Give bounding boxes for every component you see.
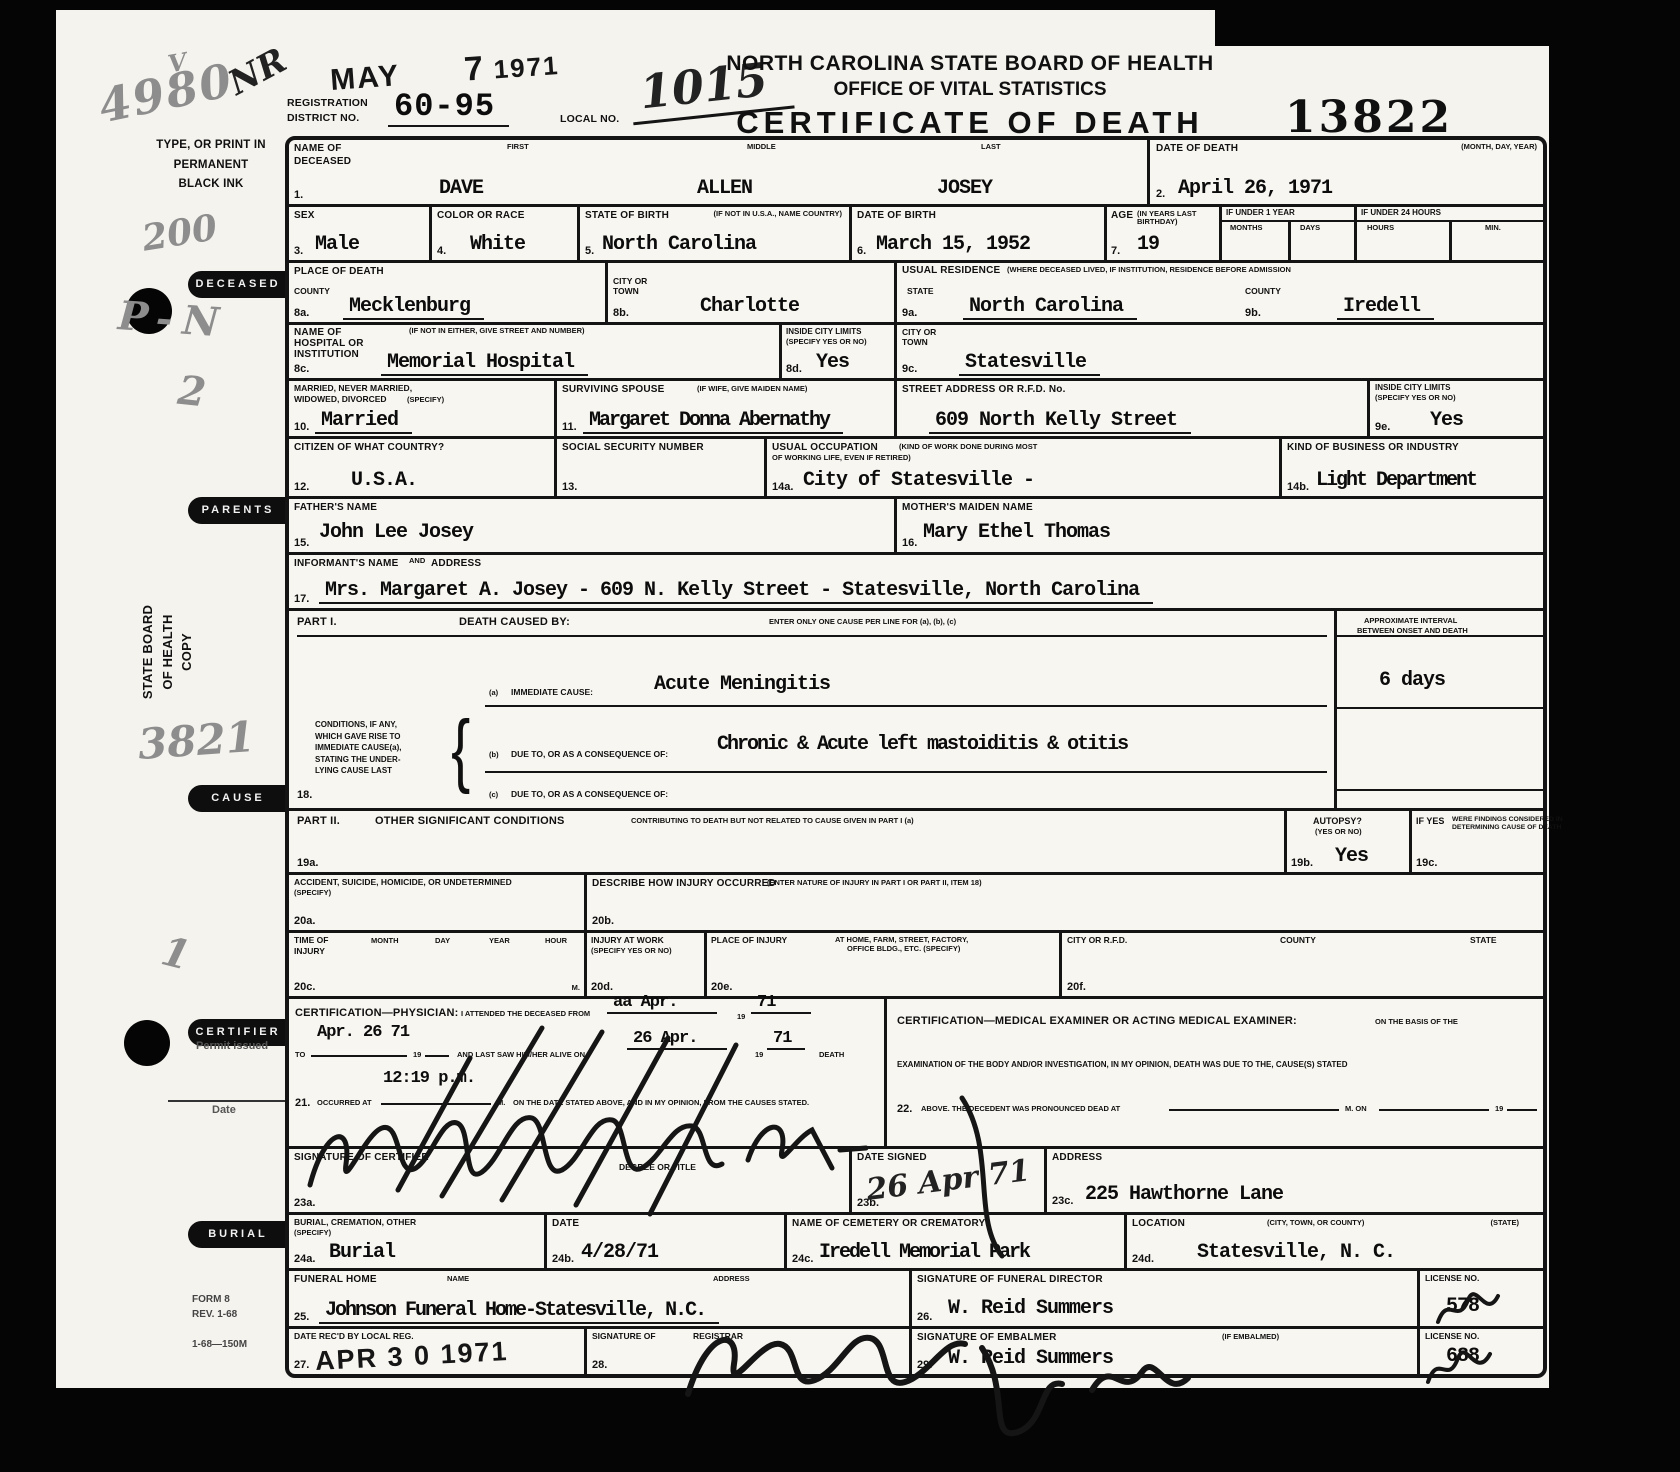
part2-note: CONTRIBUTING TO DEATH BUT NOT RELATED TO… xyxy=(631,817,914,825)
name-label-1: NAME OF xyxy=(294,143,342,154)
cause-b-value: Chronic & Acute left mastoiditis & otiti… xyxy=(717,733,1127,756)
field-ssn: SOCIAL SECURITY NUMBER 13. xyxy=(554,439,764,496)
cert-me-number: 22. xyxy=(897,1103,912,1115)
time-injury-label-2: INJURY xyxy=(294,947,325,956)
date-received-number: 27. xyxy=(294,1359,309,1371)
age-value: 19 xyxy=(1137,233,1159,256)
certifier-signature-label: SIGNATURE OF CERTIFIER xyxy=(294,1152,429,1163)
cert-to-blank xyxy=(311,1043,407,1057)
header-board: NORTH CAROLINA STATE BOARD OF HEALTH xyxy=(700,52,1240,76)
informant-label-2: ADDRESS xyxy=(431,558,481,569)
scan-border-bottom xyxy=(0,1388,1680,1472)
field-burial-date: DATE 24b. 4/28/71 xyxy=(544,1215,784,1268)
describe-injury-label: DESCRIBE HOW INJURY OCCURRED xyxy=(592,878,776,889)
cert-to-value: Apr. 26 71 xyxy=(317,1023,409,1042)
type-note-line2: PERMANENT xyxy=(174,159,249,171)
place-of-death-label: PLACE OF DEATH xyxy=(294,266,384,277)
findings-note-1: WERE FINDINGS CONSIDERED IN xyxy=(1452,816,1563,823)
conditions-line-3: IMMEDIATE CAUSE(a), xyxy=(315,743,402,752)
cert-me-19: 19 xyxy=(1495,1105,1503,1113)
pod-city-label-1: CITY OR xyxy=(613,277,647,286)
row-parents: FATHER'S NAME 15. John Lee Josey MOTHER'… xyxy=(289,496,1543,552)
accident-number: 20a. xyxy=(294,915,315,927)
row-place-of-death: PLACE OF DEATH COUNTY 8a. Mecklenburg CI… xyxy=(289,260,1543,322)
field-registrar-signature: SIGNATURE OF REGISTRAR 28. xyxy=(584,1329,909,1374)
field-cemetery: NAME OF CEMETERY OR CREMATORY 24c. Irede… xyxy=(784,1215,1124,1268)
field-director-license: LICENSE NO. 578 xyxy=(1417,1271,1543,1326)
field-time-of-injury: TIME OF INJURY MONTH DAY YEAR HOUR 20c. … xyxy=(289,933,584,996)
name-first-value: DAVE xyxy=(439,177,483,200)
residence-icl-number: 9e. xyxy=(1375,421,1390,433)
cert-me-basis: ON THE BASIS OF THE xyxy=(1375,1018,1458,1026)
part1-caused-by-label: DEATH CAUSED BY: xyxy=(459,616,570,628)
copy-label-line1: STATE BOARD xyxy=(140,605,155,699)
field-sex: SEX 3. Male xyxy=(289,207,429,260)
residence-city-label-1: CITY OR xyxy=(902,328,936,337)
tab-burial: BURIAL xyxy=(188,1221,288,1248)
name-col-middle: MIDDLE xyxy=(747,143,776,151)
cert-physician-number: 21. xyxy=(295,1097,310,1109)
registrar-label: SIGNATURE OF xyxy=(592,1332,656,1341)
pod-county-number: 8a. xyxy=(294,307,309,319)
cert-alive-year: 71 xyxy=(767,1029,805,1050)
cert-occurred-blank xyxy=(381,1091,491,1105)
stamp-day: 7 xyxy=(463,49,487,88)
type-note-line3: BLACK INK xyxy=(178,178,243,190)
local-no-label: LOCAL NO. xyxy=(560,114,619,126)
burial-label: BURIAL, CREMATION, OTHER xyxy=(294,1218,416,1227)
cause-c-label: DUE TO, OR AS A CONSEQUENCE OF: xyxy=(511,790,668,799)
ssn-label: SOCIAL SECURITY NUMBER xyxy=(562,442,704,453)
cert-from-value: aa Apr. xyxy=(607,993,717,1014)
field-state-of-birth: STATE OF BIRTH (IF NOT IN U.S.A., NAME C… xyxy=(577,207,849,260)
race-number: 4. xyxy=(437,245,446,257)
cert-time-value: 12:19 p.m. xyxy=(383,1069,475,1088)
injury-month-label: MONTH xyxy=(371,937,399,945)
interval-column-divider xyxy=(1334,611,1337,808)
form-number: FORM 8 xyxy=(192,1294,230,1305)
date-label: Date xyxy=(212,1104,236,1116)
field-date-of-death: DATE OF DEATH (MONTH, DAY, YEAR) 2. Apri… xyxy=(1147,140,1543,204)
name-number: 1. xyxy=(294,189,303,201)
informant-number: 17. xyxy=(294,593,309,605)
under-1yr-months-label: MONTHS xyxy=(1230,224,1263,232)
residence-state-value: North Carolina xyxy=(963,295,1137,320)
director-license-value: 578 xyxy=(1446,1295,1479,1318)
death-certificate-form: NAME OF DECEASED FIRST MIDDLE LAST 1. DA… xyxy=(285,136,1547,1378)
cert-me-title: CERTIFICATION—MEDICAL EXAMINER OR ACTING… xyxy=(897,1015,1297,1027)
row-signature: SIGNATURE OF CERTIFIER DEGREE OR TITLE 2… xyxy=(289,1146,1543,1212)
under-1yr-label: IF UNDER 1 YEAR xyxy=(1226,209,1295,218)
copy-label: STATE BOARD OF HEALTH COPY xyxy=(138,572,258,732)
conditions-line-5: LYING CAUSE LAST xyxy=(315,766,392,775)
marital-value: Married xyxy=(315,409,412,434)
conditions-line-2: WHICH GAVE RISE TO xyxy=(315,732,401,741)
age-sub: (IN YEARS LAST BIRTHDAY) xyxy=(1137,210,1217,227)
field-father: FATHER'S NAME 15. John Lee Josey xyxy=(289,499,894,552)
field-marital: MARRIED, NEVER MARRIED, WIDOWED, DIVORCE… xyxy=(289,381,554,436)
industry-number: 14b. xyxy=(1287,481,1309,493)
field-if-under-24-hours: IF UNDER 24 HOURS HOURS MIN. xyxy=(1354,207,1543,260)
father-label: FATHER'S NAME xyxy=(294,502,377,513)
name-col-first: FIRST xyxy=(507,143,529,151)
cert-me-text3: ABOVE. THE DECEDENT WAS PRONOUNCED DEAD … xyxy=(921,1105,1120,1113)
cert-m-suffix: M. xyxy=(497,1099,505,1107)
date-of-birth-number: 6. xyxy=(857,245,866,257)
funeral-director-number: 26. xyxy=(917,1311,932,1323)
informant-value: Mrs. Margaret A. Josey - 609 N. Kelly St… xyxy=(319,579,1153,604)
field-race: COLOR OR RACE 4. White xyxy=(429,207,577,260)
residence-city-value: Statesville xyxy=(959,351,1100,376)
state-of-birth-value: North Carolina xyxy=(602,233,756,256)
usual-residence-label: USUAL RESIDENCE xyxy=(902,265,1000,276)
burial-sub: (SPECIFY) xyxy=(294,1229,331,1237)
findings-number: 19c. xyxy=(1416,857,1437,869)
residence-icl-sub: (SPECIFY YES OR NO) xyxy=(1375,394,1456,402)
field-certifier-signature: SIGNATURE OF CERTIFIER DEGREE OR TITLE 2… xyxy=(289,1149,849,1212)
marital-number: 10. xyxy=(294,421,309,433)
cert-from-19: 19 xyxy=(737,1013,745,1021)
field-citizen: CITIZEN OF WHAT COUNTRY? 12. U.S.A. xyxy=(289,439,554,496)
scan-border-right xyxy=(1549,0,1680,1472)
citizen-number: 12. xyxy=(294,481,309,493)
residence-city-number: 9c. xyxy=(902,363,917,375)
form-number-block: FORM 8 REV. 1-68 1-68—150M xyxy=(192,1292,247,1352)
cert-physician-text2: AND LAST SAW HIM/HER ALIVE ON xyxy=(457,1051,585,1059)
hospital-icl-sub: (SPECIFY YES OR NO) xyxy=(786,338,867,346)
cert-me-m-on: M. ON xyxy=(1345,1105,1367,1113)
embalmer-label: SIGNATURE OF EMBALMER xyxy=(917,1332,1057,1343)
hospital-icl-number: 8d. xyxy=(786,363,802,375)
row-marital: MARRIED, NEVER MARRIED, WIDOWED, DIVORCE… xyxy=(289,378,1543,436)
marital-label-1: MARRIED, NEVER MARRIED, xyxy=(294,384,412,393)
funeral-home-value: Johnson Funeral Home-Statesville, N.C. xyxy=(319,1299,719,1324)
under-24h-label: IF UNDER 24 HOURS xyxy=(1361,209,1441,218)
mother-number: 16. xyxy=(902,537,917,549)
cert-alive-19: 19 xyxy=(755,1051,763,1059)
state-of-birth-number: 5. xyxy=(585,245,594,257)
funeral-director-label: SIGNATURE OF FUNERAL DIRECTOR xyxy=(917,1274,1103,1285)
field-street-address: STREET ADDRESS OR R.F.D. No. 609 North K… xyxy=(894,381,1367,436)
part1-number-18: 18. xyxy=(297,789,312,801)
hospital-label-3: INSTITUTION xyxy=(294,349,359,360)
sex-number: 3. xyxy=(294,245,303,257)
date-received-label: DATE REC'D BY LOCAL REG. xyxy=(294,1332,414,1341)
pod-city-number: 8b. xyxy=(613,307,629,319)
cert-me-blank-1 xyxy=(1169,1097,1339,1111)
interval-label-1: APPROXIMATE INTERVAL xyxy=(1364,617,1457,625)
burial-number: 24a. xyxy=(294,1253,315,1265)
part2-label-2: OTHER SIGNIFICANT CONDITIONS xyxy=(375,815,565,827)
row-citizen: CITIZEN OF WHAT COUNTRY? 12. U.S.A. SOCI… xyxy=(289,436,1543,496)
pod-county-label: COUNTY xyxy=(294,287,330,296)
date-of-birth-value: March 15, 1952 xyxy=(876,233,1030,256)
occupation-sub-2: OF WORKING LIFE, EVEN IF RETIRED) xyxy=(772,454,911,462)
pod-city-label-2: TOWN xyxy=(613,287,639,296)
father-value: John Lee Josey xyxy=(319,521,473,544)
embalmer-value: W. Reid Summers xyxy=(948,1347,1113,1370)
residence-county-number: 9b. xyxy=(1245,307,1261,319)
race-value: White xyxy=(470,233,525,256)
cert-from-year: 71 xyxy=(751,993,811,1014)
field-hospital-icl: INSIDE CITY LIMITS (SPECIFY YES OR NO) 8… xyxy=(779,325,894,378)
part2-number: 19a. xyxy=(297,857,318,869)
field-burial-type: BURIAL, CREMATION, OTHER (SPECIFY) 24a. … xyxy=(289,1215,544,1268)
embalmer-sub: (IF EMBALMED) xyxy=(1222,1333,1279,1341)
citizen-value: U.S.A. xyxy=(351,469,417,492)
cert-physician-text1: I ATTENDED THE DECEASED FROM xyxy=(461,1010,590,1018)
form-revision: REV. 1-68 xyxy=(192,1309,237,1320)
copy-label-line3: COPY xyxy=(179,633,194,671)
row-injury: TIME OF INJURY MONTH DAY YEAR HOUR 20c. … xyxy=(289,930,1543,996)
name-last-value: JOSEY xyxy=(937,177,992,200)
date-of-death-number: 2. xyxy=(1156,188,1165,200)
name-col-last: LAST xyxy=(981,143,1001,151)
injury-year-label: YEAR xyxy=(489,937,510,945)
cert-death-label: DEATH xyxy=(819,1051,844,1059)
row-informant: INFORMANT'S NAME AND ADDRESS 17. Mrs. Ma… xyxy=(289,552,1543,608)
funeral-home-address-sub: ADDRESS xyxy=(713,1275,750,1283)
occupation-value: City of Statesville - xyxy=(803,469,1034,492)
spouse-label: SURVIVING SPOUSE xyxy=(562,384,665,395)
injury-hour-label: HOUR xyxy=(545,937,567,945)
registration-label-1: REGISTRATION xyxy=(287,97,368,109)
certifier-address-label: ADDRESS xyxy=(1052,1152,1102,1163)
conditions-line-4: STATING THE UNDER- xyxy=(315,755,400,764)
field-injury-location: CITY OR R.F.D. COUNTY STATE 20f. xyxy=(1059,933,1543,996)
tab-parents: PARENTS xyxy=(188,497,288,524)
field-name-of-deceased: NAME OF DECEASED FIRST MIDDLE LAST 1. DA… xyxy=(289,140,1147,204)
part1-label: PART I. xyxy=(297,616,337,628)
funeral-home-label: FUNERAL HOME xyxy=(294,1274,377,1285)
injury-state-label: STATE xyxy=(1470,936,1497,945)
date-of-birth-label: DATE OF BIRTH xyxy=(857,210,936,221)
field-spouse: SURVIVING SPOUSE (IF WIFE, GIVE MAIDEN N… xyxy=(554,381,894,436)
age-label: AGE xyxy=(1111,210,1133,221)
embalmer-license-label: LICENSE NO. xyxy=(1425,1332,1479,1341)
sex-label: SEX xyxy=(294,210,315,221)
place-injury-label: PLACE OF INJURY xyxy=(711,936,787,945)
marital-sub: (SPECIFY) xyxy=(407,396,444,404)
burial-location-value: Statesville, N. C. xyxy=(1197,1241,1395,1264)
stamp-year: 1971 xyxy=(493,50,561,85)
accident-sub: (SPECIFY) xyxy=(294,889,331,897)
time-injury-label-1: TIME OF xyxy=(294,936,328,945)
cemetery-label: NAME OF CEMETERY OR CREMATORY xyxy=(792,1218,985,1229)
name-middle-value: ALLEN xyxy=(697,177,752,200)
row-certification: CERTIFICATION—PHYSICIAN: I ATTENDED THE … xyxy=(289,996,1543,1146)
date-rule xyxy=(168,1100,286,1102)
describe-injury-note: (ENTER NATURE OF INJURY IN PART I OR PAR… xyxy=(767,879,982,887)
injury-day-label: DAY xyxy=(435,937,450,945)
registrar-label-2: REGISTRAR xyxy=(693,1332,743,1341)
scan-border-left xyxy=(0,0,56,1472)
field-residence-county: COUNTY 9b. Iredell xyxy=(1209,263,1543,322)
registrar-number: 28. xyxy=(592,1359,607,1371)
mother-value: Mary Ethel Thomas xyxy=(923,521,1110,544)
date-received-stamp: APR 3 0 1971 xyxy=(314,1336,509,1377)
form-header: NORTH CAROLINA STATE BOARD OF HEALTH OFF… xyxy=(700,52,1240,141)
director-license-label: LICENSE NO. xyxy=(1425,1274,1479,1283)
field-date-signed: DATE SIGNED 23b. 26 Apr 71 xyxy=(849,1149,1044,1212)
informant-and: AND xyxy=(409,557,425,565)
date-of-death-sub: (MONTH, DAY, YEAR) xyxy=(1461,143,1537,151)
conditions-brace: { xyxy=(451,703,470,797)
field-certification-physician: CERTIFICATION—PHYSICIAN: I ATTENDED THE … xyxy=(289,999,884,1146)
field-injury-at-work: INJURY AT WORK (SPECIFY YES OR NO) 20d. xyxy=(584,933,704,996)
cert-me-blank-3 xyxy=(1507,1097,1537,1111)
cert-alive-value: 26 Apr. xyxy=(627,1029,727,1050)
form-print-code: 1-68—150M xyxy=(192,1339,247,1350)
findings-label: IF YES xyxy=(1416,817,1444,827)
field-date-received: DATE REC'D BY LOCAL REG. 27. APR 3 0 197… xyxy=(289,1329,584,1374)
injury-county-label: COUNTY xyxy=(1280,936,1316,945)
field-embalmer-license: LICENSE NO. 688 xyxy=(1417,1329,1543,1374)
under-24h-min-label: MIN. xyxy=(1485,224,1501,232)
cert-physician-title: CERTIFICATION—PHYSICIAN: xyxy=(295,1007,458,1019)
registration-label-2: DISTRICT NO. xyxy=(287,112,359,124)
state-of-birth-label: STATE OF BIRTH xyxy=(585,210,669,221)
cert-to-year-blank xyxy=(425,1043,449,1057)
hospital-label-2: HOSPITAL OR xyxy=(294,338,364,349)
hospital-icl-value: Yes xyxy=(816,351,849,374)
part1-note: ENTER ONLY ONE CAUSE PER LINE FOR (a), (… xyxy=(769,618,956,626)
interval-a-value: 6 days xyxy=(1379,669,1445,692)
injury-location-number: 20f. xyxy=(1067,981,1086,993)
ssn-number: 13. xyxy=(562,481,577,493)
residence-county-value: Iredell xyxy=(1337,295,1434,320)
embalmer-license-value: 688 xyxy=(1446,1345,1479,1368)
hospital-sub: (IF NOT IN EITHER, GIVE STREET AND NUMBE… xyxy=(409,327,585,335)
state-of-birth-sub: (IF NOT IN U.S.A., NAME COUNTRY) xyxy=(692,210,842,218)
under-1yr-days-label: DAYS xyxy=(1300,224,1320,232)
field-if-under-1-year: IF UNDER 1 YEAR MONTHS DAYS xyxy=(1219,207,1354,260)
field-burial-location: LOCATION (CITY, TOWN, OR COUNTY) (STATE)… xyxy=(1124,1215,1543,1268)
under-24h-hours-label: HOURS xyxy=(1367,224,1394,232)
street-address-label: STREET ADDRESS OR R.F.D. No. xyxy=(902,384,1066,395)
residence-city-label-2: TOWN xyxy=(902,338,928,347)
name-label-2: DECEASED xyxy=(294,156,351,167)
field-certifier-address: ADDRESS 23c. 225 Hawthorne Lane xyxy=(1044,1149,1543,1212)
field-autopsy-findings: IF YES WERE FINDINGS CONSIDERED IN DETER… xyxy=(1409,811,1543,872)
cert-occurred-label: OCCURRED AT xyxy=(317,1099,372,1107)
funeral-home-number: 25. xyxy=(294,1311,309,1323)
cemetery-value: Iredell Memorial Park xyxy=(819,1241,1029,1264)
interval-label-2: BETWEEN ONSET AND DEATH xyxy=(1357,627,1468,635)
funeral-director-value: W. Reid Summers xyxy=(948,1297,1113,1320)
cert-me-blank-2 xyxy=(1379,1097,1489,1111)
burial-value: Burial xyxy=(329,1241,395,1264)
industry-value: Light Department xyxy=(1316,469,1476,492)
registration-district-value: 60-95 xyxy=(388,88,509,127)
row-burial: BURIAL, CREMATION, OTHER (SPECIFY) 24a. … xyxy=(289,1212,1543,1268)
street-address-value: 609 North Kelly Street xyxy=(929,409,1191,434)
residence-state-label: STATE xyxy=(907,287,934,296)
row-hospital: NAME OF (IF NOT IN EITHER, GIVE STREET A… xyxy=(289,322,1543,378)
father-number: 15. xyxy=(294,537,309,549)
burial-location-number: 24d. xyxy=(1132,1253,1154,1265)
field-pod-county: PLACE OF DEATH COUNTY 8a. Mecklenburg xyxy=(289,263,605,322)
industry-label: KIND OF BUSINESS OR INDUSTRY xyxy=(1287,442,1459,453)
conditions-note: CONDITIONS, IF ANY, WHICH GAVE RISE TO I… xyxy=(315,719,402,777)
age-number: 7. xyxy=(1111,245,1120,257)
place-injury-note-2: OFFICE BLDG., ETC. (SPECIFY) xyxy=(847,945,960,953)
type-note: TYPE, OR PRINT IN PERMANENT BLACK INK xyxy=(146,136,276,195)
time-injury-number: 20c. xyxy=(294,981,315,993)
date-of-death-label: DATE OF DEATH xyxy=(1156,143,1238,154)
burial-date-number: 24b. xyxy=(552,1253,574,1265)
cause-a-tag: (a) xyxy=(489,689,498,697)
accident-label: ACCIDENT, SUICIDE, HOMICIDE, OR UNDETERM… xyxy=(294,878,512,887)
field-industry: KIND OF BUSINESS OR INDUSTRY 14b. Light … xyxy=(1279,439,1543,496)
row-sex-birth: SEX 3. Male COLOR OR RACE 4. White STATE… xyxy=(289,204,1543,260)
field-pod-city: CITY OR TOWN 8b. Charlotte xyxy=(605,263,894,322)
field-autopsy: AUTOPSY? (YES OR NO) 19b. Yes xyxy=(1284,811,1409,872)
burial-location-label: LOCATION xyxy=(1132,1218,1185,1229)
marital-label-2: WIDOWED, DIVORCED xyxy=(294,395,387,404)
part2-label: PART II. xyxy=(297,815,340,827)
row-part1-cause: PART I. DEATH CAUSED BY: ENTER ONLY ONE … xyxy=(289,608,1543,808)
autopsy-label: AUTOPSY? xyxy=(1313,817,1362,827)
field-place-of-injury: PLACE OF INJURY AT HOME, FARM, STREET, F… xyxy=(704,933,1059,996)
cause-a-value: Acute Meningitis xyxy=(654,673,830,696)
tab-cause: CAUSE xyxy=(188,785,288,812)
row-registrar: DATE REC'D BY LOCAL REG. 27. APR 3 0 197… xyxy=(289,1326,1543,1374)
findings-note-2: DETERMINING CAUSE OF DEATH xyxy=(1452,824,1561,831)
date-signed-label: DATE SIGNED xyxy=(857,1152,927,1163)
row-funeral-home: FUNERAL HOME NAME ADDRESS 25. Johnson Fu… xyxy=(289,1268,1543,1326)
cause-b-tag: (b) xyxy=(489,751,499,759)
field-date-of-birth: DATE OF BIRTH 6. March 15, 1952 xyxy=(849,207,1104,260)
race-label: COLOR OR RACE xyxy=(437,210,525,221)
autopsy-sub: (YES OR NO) xyxy=(1315,828,1362,836)
field-age: AGE (IN YEARS LAST BIRTHDAY) 7. 19 xyxy=(1104,207,1219,260)
informant-label: INFORMANT'S NAME xyxy=(294,558,398,569)
certifier-address-value: 225 Hawthorne Lane xyxy=(1085,1183,1283,1206)
cemetery-number: 24c. xyxy=(792,1253,813,1265)
certifier-address-number: 23c. xyxy=(1052,1195,1073,1207)
field-certification-examiner: CERTIFICATION—MEDICAL EXAMINER OR ACTING… xyxy=(884,999,1543,1146)
field-residence-city: CITY OR TOWN 9c. Statesville xyxy=(894,325,1543,378)
hole-punch-bottom xyxy=(124,1020,170,1066)
burial-state-sub: (STATE) xyxy=(1491,1219,1519,1227)
row-part2: PART II. OTHER SIGNIFICANT CONDITIONS CO… xyxy=(289,808,1543,872)
occupation-sub-1: (KIND OF WORK DONE DURING MOST xyxy=(899,443,1037,451)
place-injury-number: 20e. xyxy=(711,981,732,993)
embalmer-number: 29. xyxy=(917,1359,932,1371)
cause-c-tag: (c) xyxy=(489,791,498,799)
field-funeral-director: SIGNATURE OF FUNERAL DIRECTOR 26. W. Rei… xyxy=(909,1271,1417,1326)
field-mother: MOTHER'S MAIDEN NAME 16. Mary Ethel Thom… xyxy=(894,499,1543,552)
injury-city-label: CITY OR R.F.D. xyxy=(1067,936,1127,945)
registration-district-label: REGISTRATION DISTRICT NO. xyxy=(287,96,368,125)
pod-city-value: Charlotte xyxy=(700,295,799,318)
row-name: NAME OF DECEASED FIRST MIDDLE LAST 1. DA… xyxy=(289,140,1543,204)
field-part2-conditions: PART II. OTHER SIGNIFICANT CONDITIONS CO… xyxy=(289,811,1284,872)
field-hospital: NAME OF (IF NOT IN EITHER, GIVE STREET A… xyxy=(289,325,779,378)
funeral-home-name-sub: NAME xyxy=(447,1275,469,1283)
autopsy-number: 19b. xyxy=(1291,857,1313,869)
row-accident: ACCIDENT, SUICIDE, HOMICIDE, OR UNDETERM… xyxy=(289,872,1543,930)
residence-state-number: 9a. xyxy=(902,307,917,319)
cause-b-label: DUE TO, OR AS A CONSEQUENCE OF: xyxy=(511,750,668,759)
hospital-value: Memorial Hospital xyxy=(381,351,588,376)
autopsy-value: Yes xyxy=(1335,845,1368,868)
field-residence-state: USUAL RESIDENCE (WHERE DECEASED LIVED, I… xyxy=(894,263,1209,322)
injury-work-sub: (SPECIFY YES OR NO) xyxy=(591,947,672,955)
permit-issued-label: Permit issued xyxy=(196,1040,268,1052)
cert-to-label: TO xyxy=(295,1051,305,1059)
